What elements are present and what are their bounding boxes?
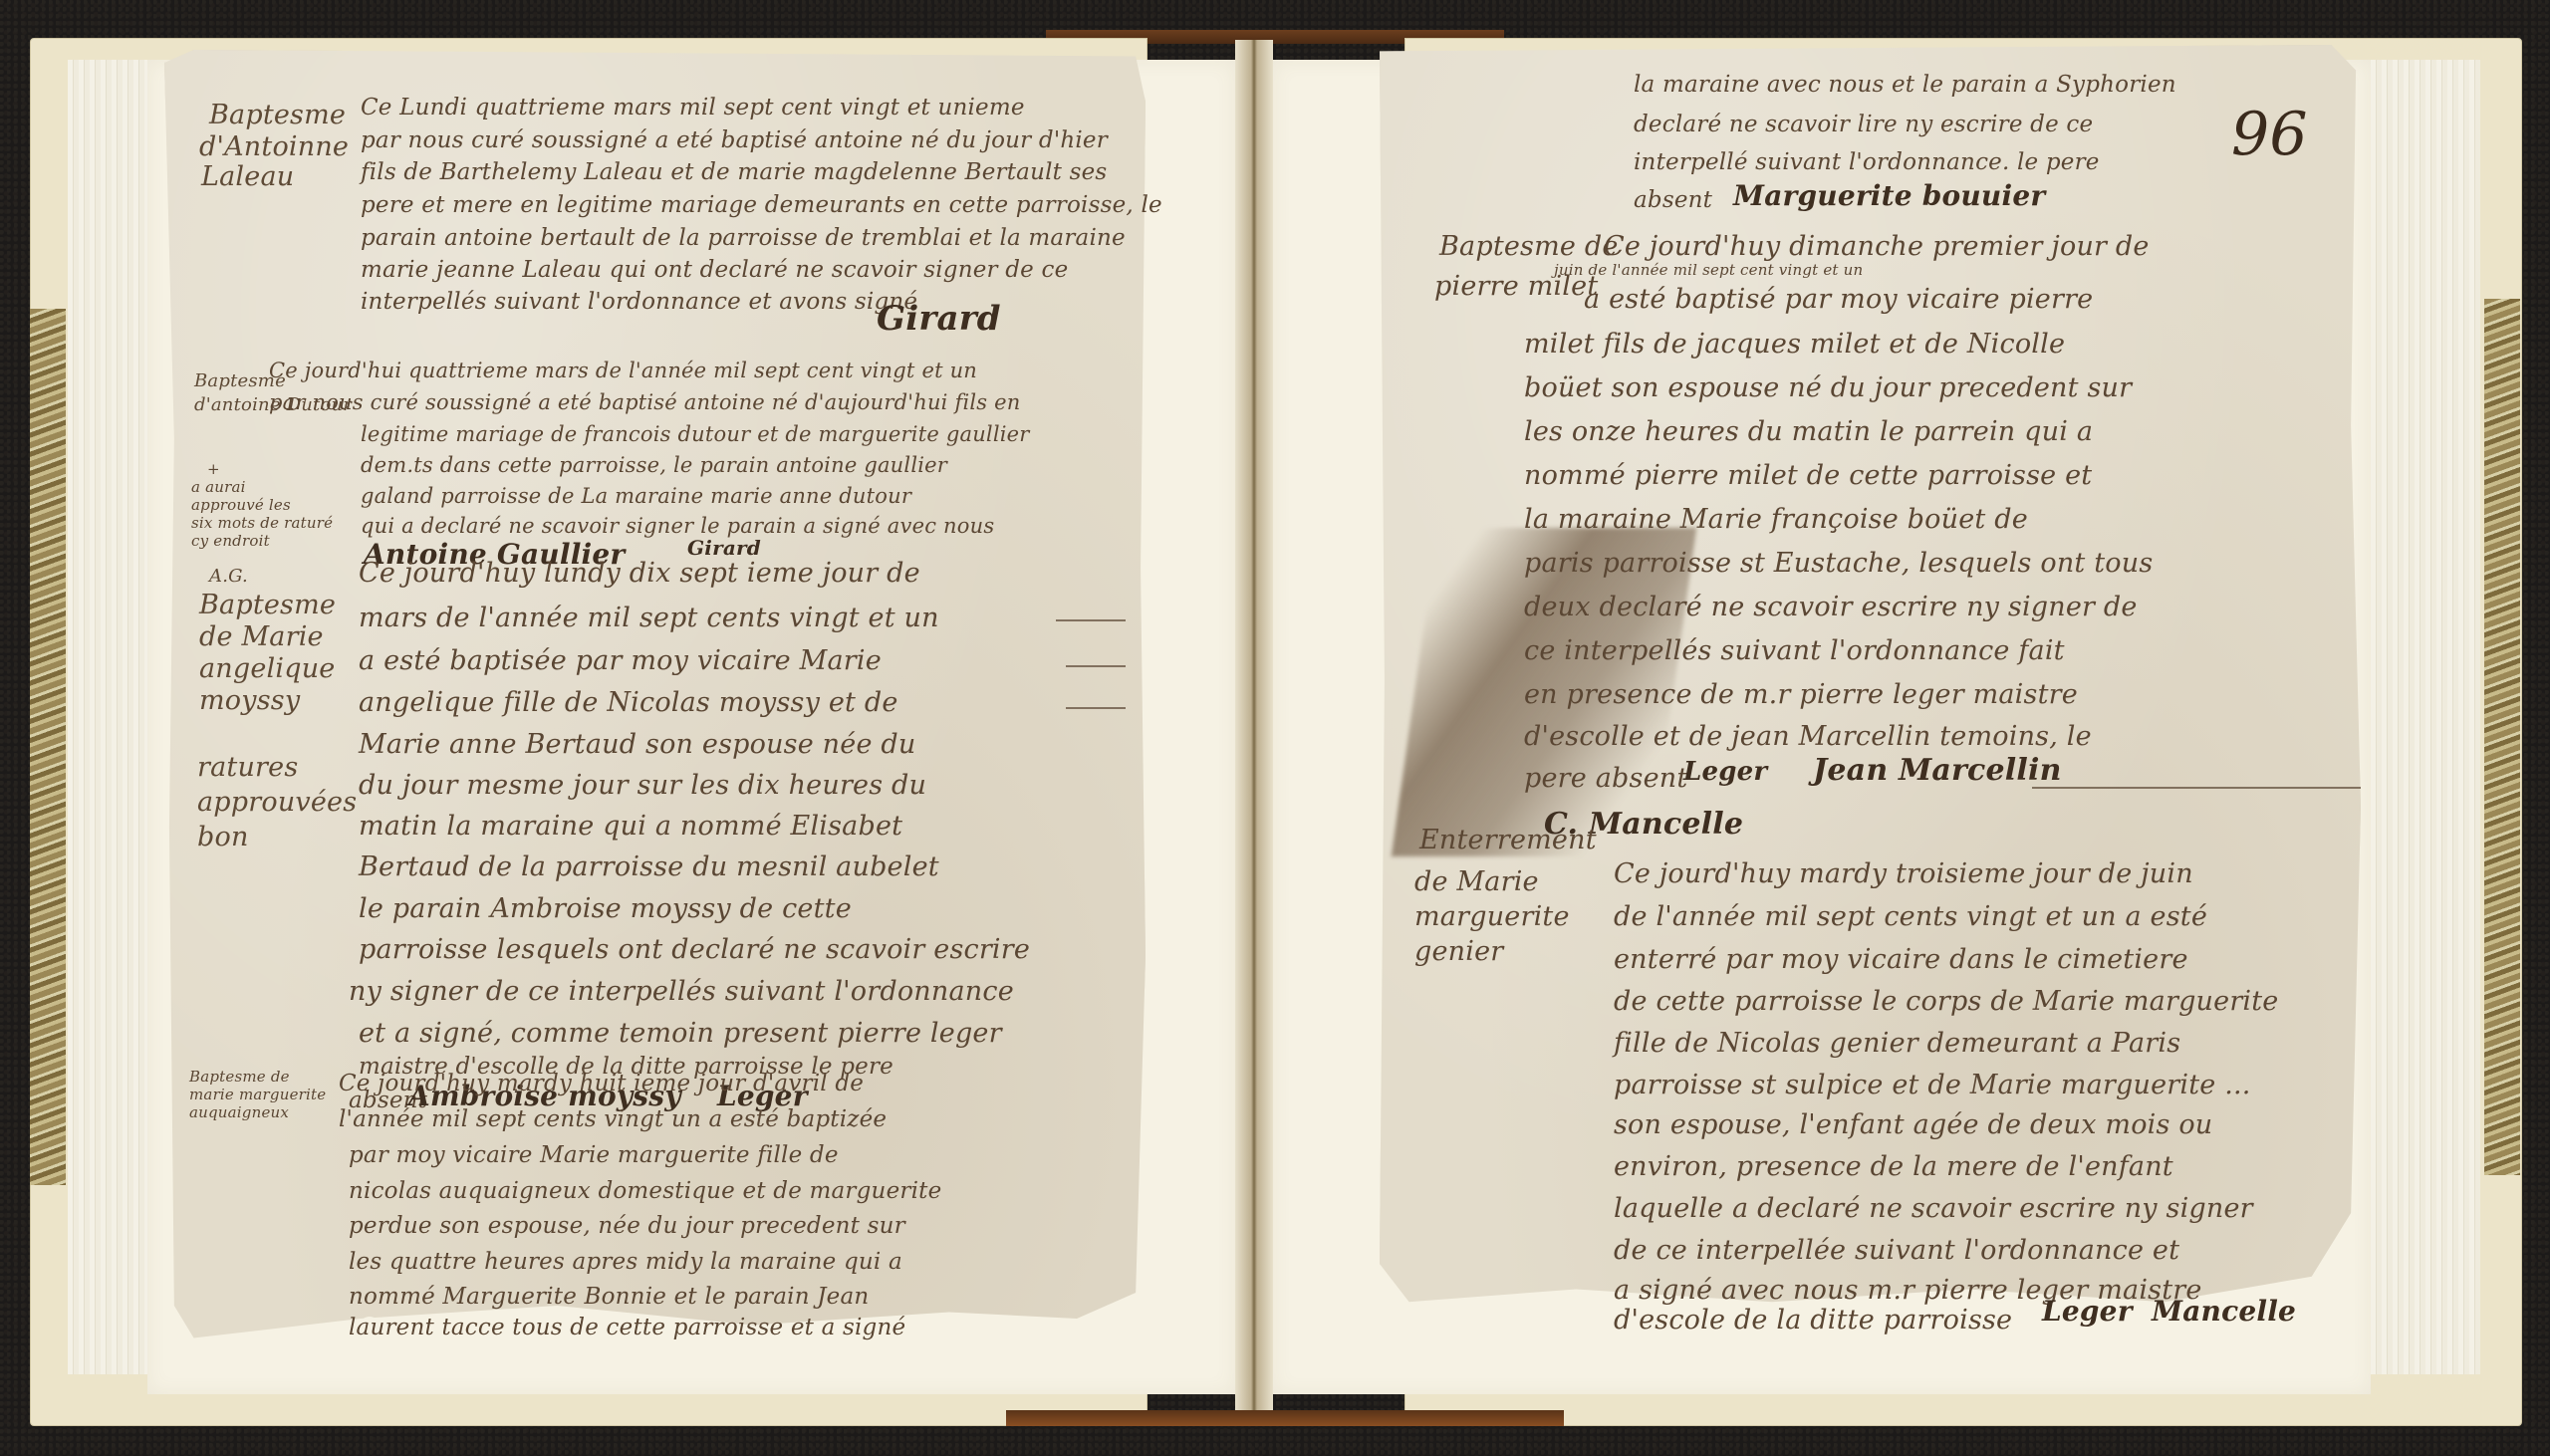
text-line: dem.ts dans cette parroisse, le parain a… (361, 453, 947, 477)
signature: Mancelle (2152, 1295, 2296, 1328)
text-line: laquelle a declaré ne scavoir escrire ny… (1614, 1193, 2253, 1224)
page-block-right (2371, 60, 2480, 1374)
text-line: fille de Nicolas genier demeurant a Pari… (1614, 1028, 2180, 1059)
text-line: Ce jourd'hui quattrieme mars de l'année … (269, 359, 977, 382)
text-line: juin de l'année mil sept cent vingt et u… (1554, 261, 1863, 279)
margin-title: genier (1414, 936, 1503, 967)
text-line: galand parroisse de La maraine marie ann… (361, 484, 911, 508)
text-line: le parain Ambroise moyssy de cette (359, 893, 852, 924)
text-line: Ce Lundi quattrieme mars mil sept cent v… (361, 95, 1025, 121)
text-line: nicolas auquaigneux domestique et de mar… (349, 1178, 941, 1204)
signature: Girard (877, 299, 1001, 339)
text-line: Marie anne Bertaud son espouse née du (359, 729, 915, 760)
text-line: par nous curé soussigné a eté baptisé an… (361, 127, 1108, 153)
text-line: Ce jourd'huy mardy troisieme jour de jui… (1614, 858, 2193, 889)
margin-title: de Marie (199, 621, 324, 652)
text-line: parain antoine bertault de la parroisse … (361, 225, 1126, 251)
text-line: interpellés suivant l'ordonnance et avon… (361, 289, 917, 315)
margin-note: approuvé les (191, 496, 291, 514)
text-line: les onze heures du matin le parrein qui … (1524, 416, 2093, 447)
text-line: matin la maraine qui a nommé Elisabet (359, 811, 902, 842)
text-line: angelique fille de Nicolas moyssy et de (359, 687, 898, 718)
signature: Leger (1683, 757, 1767, 787)
text-line: boüet son espouse né du jour precedent s… (1524, 372, 2132, 403)
text-line: et a signé, comme temoin present pierre … (359, 1018, 1002, 1049)
text-line: l'année mil sept cents vingt un a esté b… (339, 1106, 887, 1132)
line-filler (1056, 619, 1126, 621)
spine-bottom-edge (1006, 1410, 1564, 1426)
text-line: d'escole de la ditte parroisse (1614, 1305, 2012, 1335)
text-line: laurent tacce tous de cette parroisse et… (349, 1315, 905, 1340)
margin-title: A.G. (209, 566, 248, 587)
text-line: absent (1634, 187, 1712, 213)
text-line: du jour mesme jour sur les dix heures du (359, 770, 926, 801)
margin-note: six mots de raturé (191, 514, 333, 532)
text-line: Ce jourd'huy dimanche premier jour de (1604, 231, 2150, 262)
margin-title: moyssy (199, 685, 300, 716)
text-line: Ce jourd'huy lundy dix sept ieme jour de (359, 558, 920, 589)
marbled-endpaper-left (30, 309, 66, 1185)
margin-title: marguerite (1414, 901, 1570, 932)
margin-title: angelique (199, 653, 335, 684)
text-line: milet fils de jacques milet et de Nicoll… (1524, 329, 2065, 360)
signature: Jean Marcellin (1813, 753, 2062, 788)
signature: Girard (687, 536, 761, 560)
text-line: nommé pierre milet de cette parroisse et (1524, 460, 2092, 491)
margin-title: Enterrement (1419, 825, 1597, 855)
text-line: enterré par moy vicaire dans le cimetier… (1614, 944, 2188, 975)
text-line: marie jeanne Laleau qui ont declaré ne s… (361, 257, 1068, 283)
margin-title: Laleau (201, 161, 294, 192)
margin-note: bon (197, 822, 249, 852)
text-line: de cette parroisse le corps de Marie mar… (1614, 986, 2279, 1017)
text-line: en presence de m.r pierre leger maistre (1524, 679, 2078, 710)
text-line: pere absent (1524, 763, 1687, 794)
margin-title: d'Antoinne (199, 131, 349, 162)
text-line: parroisse st sulpice et de Marie marguer… (1614, 1070, 2251, 1100)
margin-title: Baptesme (209, 100, 346, 130)
margin-title: de Marie (1414, 866, 1539, 897)
text-line: nommé Marguerite Bonnie et le parain Jea… (349, 1284, 869, 1310)
text-line: de l'année mil sept cents vingt et un a … (1614, 901, 2207, 932)
signature: Marguerite bouuier (1733, 179, 2045, 212)
text-line: par nous curé soussigné a eté baptisé an… (269, 390, 1021, 414)
margin-title: Baptesme de (1439, 231, 1619, 262)
margin-note: ratures (197, 752, 298, 783)
text-line: ny signer de ce interpellés suivant l'or… (349, 976, 1014, 1007)
folio-number: 96 (2231, 100, 2308, 169)
marbled-endpaper-right (2484, 299, 2520, 1175)
text-line: deux declaré ne scavoir escrire ny signe… (1524, 592, 2138, 622)
line-filler (2032, 787, 2361, 789)
text-line: de ce interpellée suivant l'ordonnance e… (1614, 1235, 2179, 1266)
margin-note: approuvées (197, 787, 357, 818)
margin-title: auquaigneux (189, 1103, 289, 1121)
text-line: ce interpellés suivant l'ordonnance fait (1524, 635, 2065, 666)
text-line: par moy vicaire Marie marguerite fille d… (349, 1142, 839, 1168)
margin-note: + (207, 460, 220, 478)
text-line: parroisse lesquels ont declaré ne scavoi… (359, 934, 1030, 965)
book-gutter (1235, 40, 1273, 1414)
text-line: Ce jourd'huy mardy huit ieme jour d'avri… (339, 1071, 864, 1096)
text-line: a esté baptisée par moy vicaire Marie (359, 645, 882, 676)
text-line: environ, presence de la mere de l'enfant (1614, 1151, 2173, 1182)
text-line: mars de l'année mil sept cents vingt et … (359, 603, 939, 633)
text-line: les quattre heures apres midy la maraine… (349, 1249, 902, 1275)
text-line: fils de Barthelemy Laleau et de marie ma… (361, 159, 1107, 185)
line-filler (1066, 707, 1126, 709)
signature: Leger (2042, 1295, 2133, 1328)
text-line: son espouse, l'enfant agée de deux mois … (1614, 1109, 2212, 1140)
margin-note: cy endroit (191, 532, 270, 550)
text-line: perdue son espouse, née du jour preceden… (349, 1213, 905, 1239)
text-line: paris parroisse st Eustache, lesquels on… (1524, 548, 2153, 579)
text-line: d'escolle et de jean Marcellin temoins, … (1524, 721, 2092, 752)
line-filler (1066, 665, 1126, 667)
text-line: la maraine avec nous et le parain a Syph… (1634, 72, 2176, 98)
text-line: legitime mariage de francois dutour et d… (361, 422, 1030, 446)
text-line: interpellé suivant l'ordonnance. le pere (1634, 149, 2100, 175)
text-line: Bertaud de la parroisse du mesnil aubele… (359, 851, 939, 882)
text-line: declaré ne scavoir lire ny escrire de ce (1634, 112, 2093, 137)
margin-title: Baptesme (199, 590, 336, 620)
text-line: qui a declaré ne scavoir signer le parai… (361, 514, 994, 538)
text-line: a esté baptisé par moy vicaire pierre (1584, 284, 2093, 315)
margin-note: a aurai (191, 478, 246, 496)
margin-title: marie marguerite (189, 1086, 326, 1103)
margin-title: Baptesme de (189, 1068, 290, 1086)
text-line: la maraine Marie françoise boüet de (1524, 504, 2028, 535)
text-line: pere et mere en legitime mariage demeura… (361, 192, 1162, 218)
